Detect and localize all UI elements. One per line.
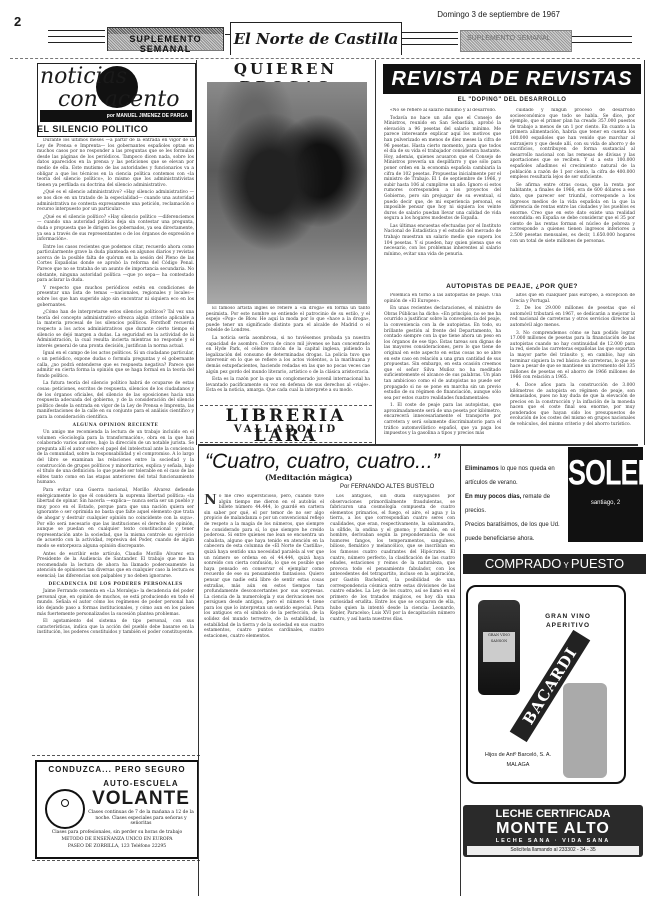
section-label-left: SUPLEMENTO SEMANAL [107, 27, 224, 51]
section-label-right: SUPLEMENTO SEMANAL [460, 30, 572, 52]
heading-line: APERITIVO [528, 621, 608, 630]
paragraph: Durante los últimos meses —a partir de l… [37, 138, 194, 188]
ad-divider [32, 860, 200, 861]
paragraph: Las últimas encuestas efectuadas por el … [384, 224, 501, 258]
ad-school-type: AUTO-ESCUELA [87, 779, 195, 788]
bookstore-city: VALLADOLID [200, 424, 372, 435]
ad-emphasis: Eliminamos [465, 466, 499, 472]
soler-slogan: COMPRADO Y PUESTO [463, 554, 646, 574]
header-divider [10, 58, 640, 59]
masthead: El Norte de Castilla [230, 22, 402, 55]
column-logo-line1: noticias [40, 64, 127, 89]
page-number: 2 [14, 14, 21, 29]
slogan-part: PUESTO [571, 556, 624, 571]
paragraph: Antes de escribir este artículo, Claudio… [37, 552, 194, 580]
ad-line: Eliminamos lo que nos queda en artículos… [465, 462, 565, 490]
soler-ad-copy: Eliminamos lo que nos queda en artículos… [465, 462, 565, 546]
ad-line: En muy pocos días, remate de precios. [465, 490, 565, 518]
article-headline: “Cuatro, cuatro, cuatro...” [205, 450, 440, 474]
paragraph: altos que en cualquier país europeo, a e… [510, 293, 635, 304]
header-rule [48, 30, 105, 31]
article-subtitle: (Meditación mágica) [265, 473, 352, 482]
header-rule [572, 42, 632, 43]
paragraph: Jaime Ferrando comenta en «La Moraleja» … [37, 589, 194, 617]
ad-line: METODO DE ENSEÑANZA UNICO EN EUROPA [37, 836, 197, 843]
paragraph: Igual en el campo de los actos políticos… [37, 351, 194, 379]
ad-footer: Clases para profesionales, sin perder su… [37, 829, 197, 850]
heading-line: GRAN VINO [528, 612, 608, 621]
ad-class-hours: Clases continuas de 7 de la mañana a 12 … [87, 810, 195, 827]
column-rule [196, 60, 197, 445]
section-label-text: SUPLEMENTO SEMANAL [467, 35, 571, 42]
article-headline: AUTOPISTAS DE PEAJE, ¿POR QUE? [383, 283, 641, 290]
header-rule [48, 42, 105, 43]
paragraph: La noticia sería asombrosa, si no tuviés… [206, 336, 370, 375]
column-rule [644, 60, 645, 445]
ad-brand-name: VOLANTE [87, 788, 195, 810]
bottle-label: GRAN VINO SANSON [483, 632, 515, 662]
maker-city: MALAGA [468, 760, 568, 770]
article-body: Los antiguos, sin duda subyugados por ob… [330, 494, 455, 894]
section-banner: REVISTA DE REVISTAS [383, 64, 641, 94]
article-body: Polémica en torno a las autopistas de pe… [384, 293, 501, 443]
paragraph: Todavía no hace un año que el Consejo de… [384, 116, 501, 222]
paragraph: 4. Doce años para la construcción de 3.0… [510, 383, 635, 428]
soler-brand: SOLER [568, 453, 643, 493]
news-photo [207, 82, 367, 304]
paragraph: Polémica en torno a las autopistas de pe… [384, 293, 501, 304]
column-logo-line2: con acento [58, 87, 179, 112]
wine-maker: Hijos de Antº Barceló, S. A. MALAGA [468, 750, 568, 770]
article-body: «No se refiere al salario mínimo y al de… [384, 108, 501, 273]
paragraph: Entre los casos recientes que podemos ci… [37, 245, 194, 284]
paragraph: 2. De los 29.000 millones de pesetas que… [510, 306, 635, 328]
paragraph: Esta es la razón por la que un conglomer… [206, 377, 370, 394]
column-rule [460, 446, 461, 896]
column-rule [198, 446, 199, 896]
article-body: cuidado y ningún proceso de desarrollo s… [510, 108, 635, 278]
subheading: ALGUNA OPINION RECIENTE [37, 423, 194, 429]
header-rule [48, 36, 105, 37]
paragraph: Y respecto que muchos periódicos estén e… [37, 286, 194, 308]
paragraph-text: o me creo supersticioso, pero, cuando tu… [204, 494, 324, 639]
paragraph: ¿Qué es el silencio político? «Hay silen… [37, 215, 194, 243]
milk-ad-headline: LECHE CERTIFICADA [463, 808, 643, 820]
column-byline: por MANUEL JIMENEZ DE PARGA [40, 110, 192, 122]
steering-wheel-icon [45, 789, 85, 829]
paragraph: 3. No comprendemos cómo se han podido lo… [510, 331, 635, 381]
article-body: altos que en cualquier país europeo, a e… [510, 293, 635, 443]
ad-line: Clases para profesionales, sin perder su… [37, 829, 197, 836]
header-rule [402, 32, 458, 33]
ad-line: Precios baratísimos, de los que Ud. pued… [465, 518, 565, 546]
header-rule [402, 38, 458, 39]
article-byline: Por FERNANDO ALTES BUSTELO [340, 484, 434, 490]
article-body: El famoso artista inglés se refiere a «l… [206, 306, 370, 404]
paragraph: La futura teoría del silencio político h… [37, 381, 194, 420]
paragraph: El agotamiento del sistema de tipo perso… [37, 619, 194, 636]
article-body: Durante los últimos meses —a partir de l… [37, 138, 194, 728]
paragraph: Para evitar una Guerra nacional, Morillo… [37, 488, 194, 550]
ad-divider [32, 755, 200, 756]
header-rule [402, 44, 458, 45]
paragraph: Se afirma entre otras cosas, que la rent… [510, 183, 635, 245]
soler-address: santiago, 2 [568, 500, 643, 506]
section-divider [198, 444, 638, 446]
maker-name: Hijos de Antº Barceló, S. A. [468, 750, 568, 760]
drop-cap: N [204, 494, 217, 506]
paragraph: El famoso artista inglés se refiere a «l… [206, 306, 370, 334]
paragraph: ¿Qué es el silencio administrativo? «Hay… [37, 190, 194, 212]
paragraph: Los antiguos, sin duda subyugados por ob… [330, 494, 455, 623]
article-headline: EL SILENCIO POLITICO [37, 124, 148, 134]
milk-slogan: LECHE SANA · VIDA SANA [463, 838, 643, 844]
wine-heading: GRAN VINO APERITIVO [528, 612, 608, 630]
header-rule [572, 36, 632, 37]
article-headline: EL "DOPING" DEL DESARROLLO [383, 97, 641, 103]
article-body: No me creo supersticioso, pero, cuando t… [204, 494, 324, 894]
paragraph: «No se refiere al salario mínimo y al de… [384, 108, 501, 114]
paragraph: No me creo supersticioso, pero, cuando t… [204, 494, 324, 639]
paragraph: 1. El coste de peaje para las autopistas… [384, 403, 501, 437]
milk-phone: Solicítela llamando al 233302 - 34 - 35 [467, 846, 639, 855]
paragraph: Un amigo me recomienda la lectura de un … [37, 430, 194, 486]
slogan-part: COMPRADO [485, 556, 562, 571]
ad-headline: CONDUZCA... PERO SEGURO [37, 765, 197, 774]
paragraph: En unas recientes declaraciones, el mini… [384, 306, 501, 401]
ad-emphasis: En muy pocos días, [465, 494, 521, 500]
slogan-part: Y [563, 561, 568, 570]
milk-brand: MONTE ALTO [463, 820, 643, 838]
ad-address: PASEO DE ZORRILLA, 123 Teléfono 22295 [37, 843, 197, 850]
paragraph: ¿Cómo han de interpretarse estos silenci… [37, 310, 194, 349]
column-rule [375, 60, 376, 445]
issue-date: Domingo 3 de septiembre de 1967 [437, 10, 560, 19]
subheading: DECADENCIA DE LOS PODERES PERSONALES [37, 582, 194, 588]
bottle-illustration [563, 683, 607, 778]
volante-advertisement: CONDUZCA... PERO SEGURO AUTO-ESCUELA VOL… [35, 760, 199, 859]
paragraph: cuidado y ningún proceso de desarrollo s… [510, 108, 635, 181]
section-label-text: SUPLEMENTO SEMANAL [108, 34, 223, 54]
